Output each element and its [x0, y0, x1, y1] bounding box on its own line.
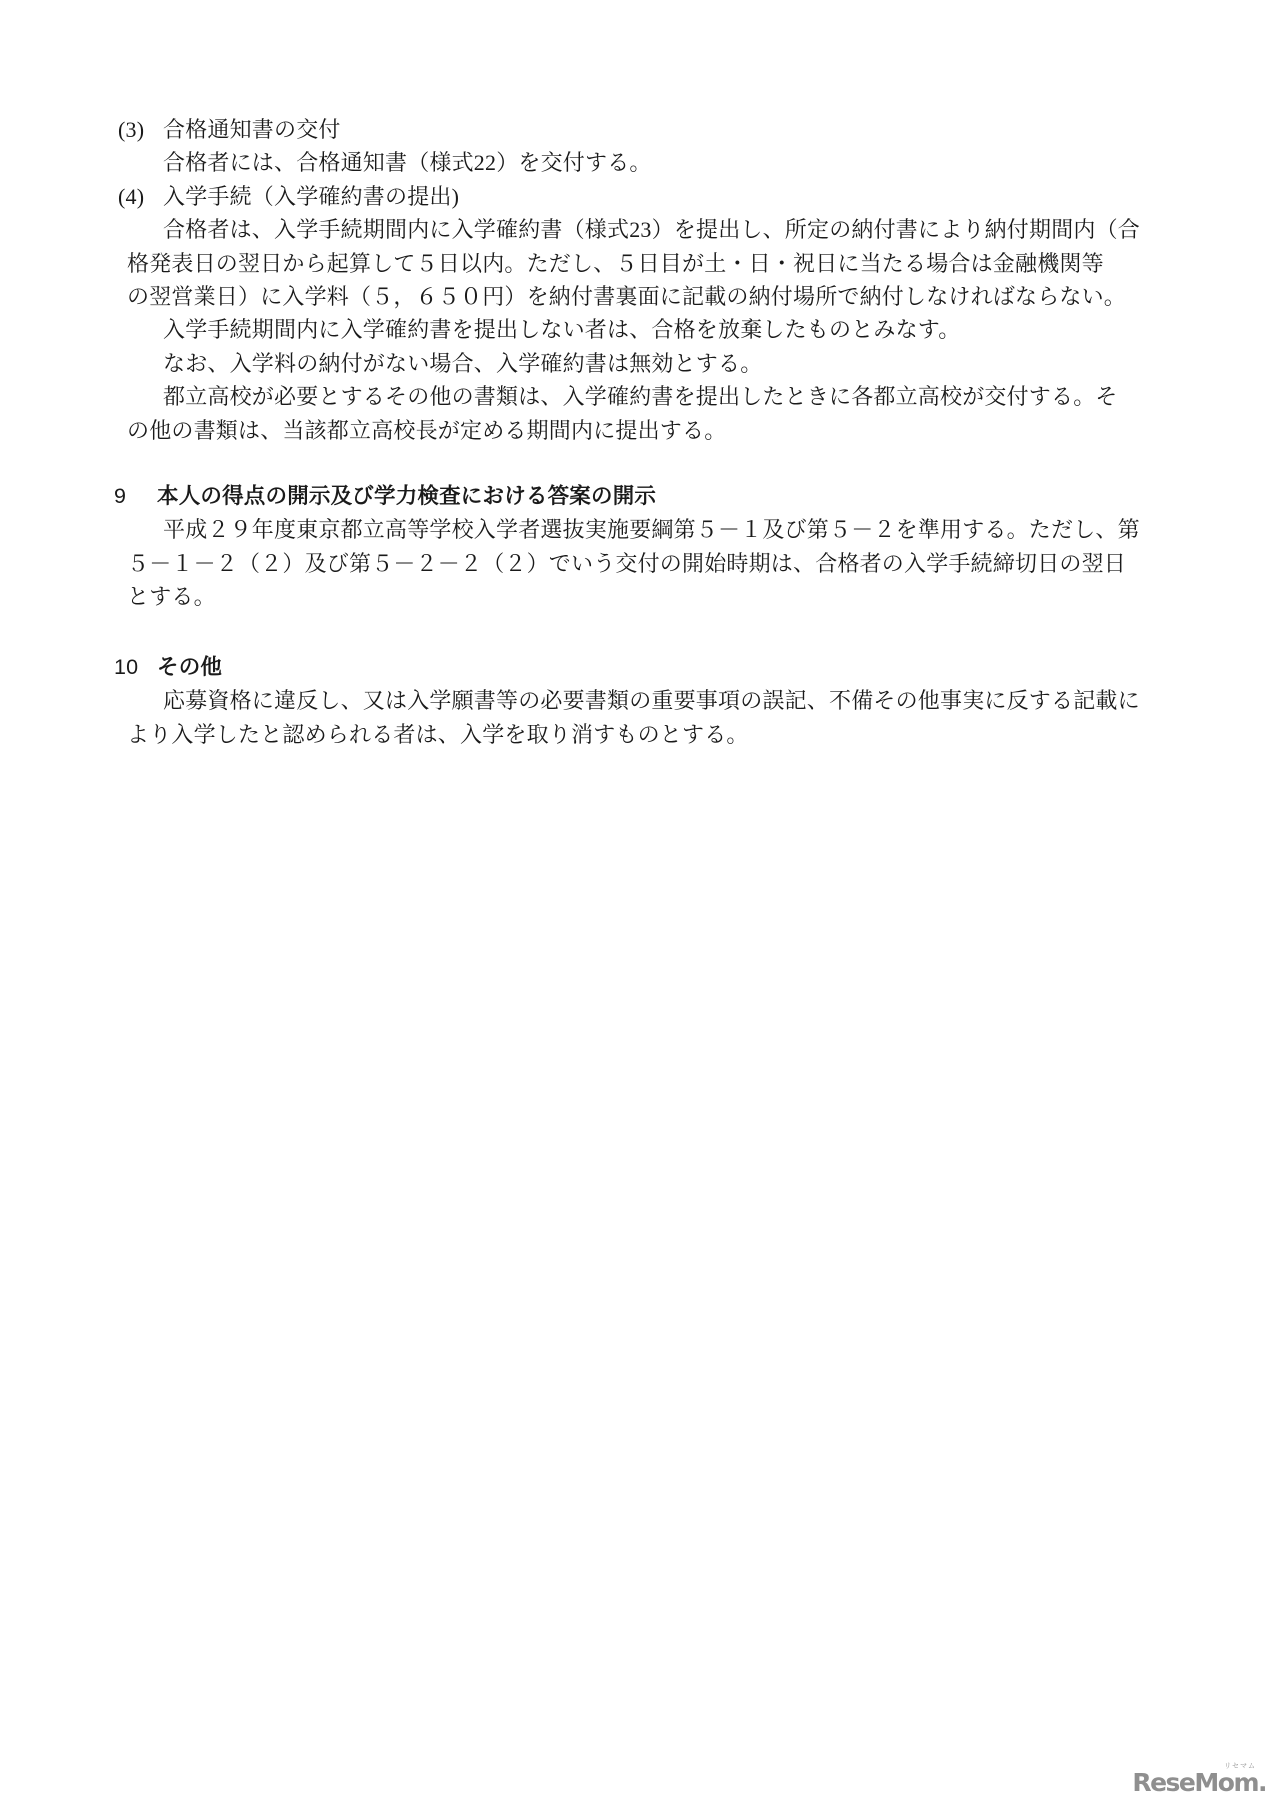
- section-9-number: 9: [114, 480, 157, 513]
- text-line: 合格者は、入学手続期間内に入学確約書（様式23）を提出し、所定の納付書により納付…: [0, 213, 1280, 246]
- section-9-heading: 9本人の得点の開示及び学力検査における答案の開示: [0, 480, 1280, 513]
- text-line: 合格者には、合格通知書（様式22）を交付する。: [0, 146, 1280, 179]
- list-item-3-title: 合格通知書の交付: [163, 117, 341, 142]
- blank-line: [0, 614, 1280, 651]
- section-9-title: 本人の得点の開示及び学力検査における答案の開示: [157, 484, 656, 508]
- text-line: 格発表日の翌日から起算して５日以内。ただし、５日目が土・日・祝日に当たる場合は金…: [0, 247, 1280, 280]
- document-body: (3)合格通知書の交付 合格者には、合格通知書（様式22）を交付する。 (4)入…: [0, 113, 1280, 751]
- list-item-3: (3)合格通知書の交付: [0, 113, 1280, 146]
- text-line: ５－１－２（２）及び第５－２－２（２）でいう交付の開始時期は、合格者の入学手続締…: [0, 547, 1280, 580]
- section-10-title: その他: [157, 655, 222, 679]
- text-line: 応募資格に違反し、又は入学願書等の必要書類の重要事項の誤記、不備その他事実に反す…: [0, 684, 1280, 717]
- list-item-3-marker: (3): [118, 113, 163, 146]
- list-item-4-title: 入学手続（入学確約書の提出): [163, 184, 459, 209]
- text-line: 都立高校が必要とするその他の書類は、入学確約書を提出したときに各都立高校が交付す…: [0, 380, 1280, 413]
- text-line: より入学したと認められる者は、入学を取り消すものとする。: [0, 718, 1280, 751]
- list-item-4: (4)入学手続（入学確約書の提出): [0, 180, 1280, 213]
- resemom-logo-wordmark: ReseMom.: [1132, 1770, 1266, 1796]
- section-10-number: 10: [114, 651, 157, 684]
- text-line: の他の書類は、当該都立高校長が定める期間内に提出する。: [0, 414, 1280, 447]
- blank-line: [0, 447, 1280, 480]
- text-line: 入学手続期間内に入学確約書を提出しない者は、合格を放棄したものとみなす。: [0, 313, 1280, 346]
- text-line: の翌営業日）に入学料（５，６５０円）を納付書裏面に記載の納付場所で納付しなければ…: [0, 280, 1280, 313]
- resemom-logo: リセマム ReseMom.: [1132, 1762, 1266, 1796]
- section-10-heading: 10その他: [0, 651, 1280, 684]
- text-line: なお、入学料の納付がない場合、入学確約書は無効とする。: [0, 347, 1280, 380]
- list-item-4-marker: (4): [118, 180, 163, 213]
- document-page: (3)合格通知書の交付 合格者には、合格通知書（様式22）を交付する。 (4)入…: [0, 0, 1280, 1810]
- text-line: とする。: [0, 580, 1280, 613]
- text-line: 平成２９年度東京都立高等学校入学者選抜実施要綱第５－１及び第５－２を準用する。た…: [0, 513, 1280, 546]
